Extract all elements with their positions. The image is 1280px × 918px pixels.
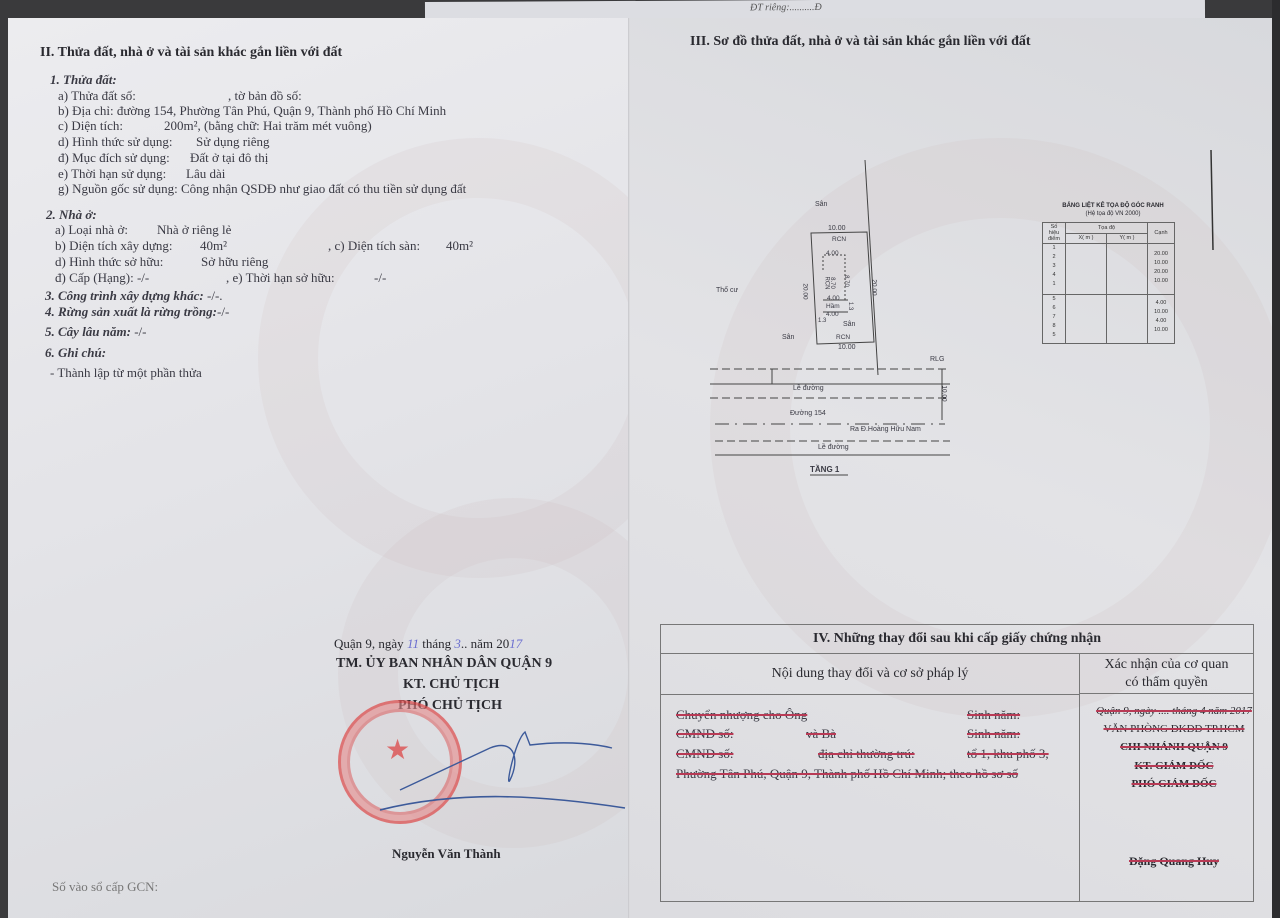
land-parcel-label: a) Thửa đất số: <box>58 88 136 104</box>
change-line-1b: Sinh năm: <box>967 707 1020 723</box>
house-ownership-value: Sở hữu riêng <box>201 254 268 270</box>
point: 2 <box>1045 253 1063 262</box>
label-floor: TẦNG 1 <box>810 465 839 474</box>
dim-left: 20.00 <box>802 283 809 299</box>
house-build-area-label: b) Diện tích xây dựng: <box>55 238 173 254</box>
dim-inner-mid: 4.00 <box>827 295 840 302</box>
dim-inner-left: 8.70 <box>829 277 835 289</box>
coord-header-coords: Tọa độ <box>1066 223 1148 234</box>
item-5-label: 5. Cây lâu năm: <box>45 324 131 339</box>
land-map-label: , tờ bản đồ số: <box>228 88 302 104</box>
sign-month: 3 <box>454 636 461 651</box>
land-term-label: e) Thời hạn sử dụng: <box>58 166 166 182</box>
dim-road: 10.00 <box>941 385 948 401</box>
changes-col-confirm: Xác nhận của cơ quan có thẩm quyền <box>1079 654 1253 694</box>
group2-y <box>1107 295 1148 344</box>
label-ham: Hầm <box>826 303 840 310</box>
dim-right: 20.00 <box>871 279 878 295</box>
confirm-kt: KT. GIÁM ĐỐC <box>1078 760 1270 772</box>
group1-y <box>1107 244 1148 295</box>
edge: 10.00 <box>1150 326 1172 335</box>
coord-header-edge: Cạnh <box>1148 223 1175 244</box>
sign-date: Quận 9, ngày 11 tháng 3.. năm 2017 <box>334 636 522 652</box>
point: 6 <box>1045 304 1063 313</box>
coord-table: Số hiệu điểm Tọa độ Cạnh X( m ) Y( m ) 1… <box>1042 222 1175 344</box>
sign-year-label: năm 20 <box>471 636 510 651</box>
house-type-label: a) Loại nhà ở: <box>55 222 128 238</box>
house-build-area-value: 40m² <box>200 238 227 254</box>
label-tho-cu: Thổ cư <box>716 287 738 294</box>
sign-date-prefix: Quận 9, ngày <box>334 636 404 651</box>
land-purpose-value: Đất ở tại đô thị <box>190 150 268 166</box>
changes-title: IV. Những thay đổi sau khi cấp giấy chứn… <box>661 625 1253 654</box>
item-4-label: 4. Rừng sản xuất là rừng trồng: <box>45 304 217 319</box>
sign-org: TM. ỦY BAN NHÂN DÂN QUẬN 9 <box>336 656 552 672</box>
land-use-form-value: Sử dụng riêng <box>196 134 270 150</box>
back-sheet-text: ĐT riêng:..........Đ <box>750 2 822 13</box>
change-line-1a: Chuyển nhượng cho Ông <box>676 707 807 723</box>
point: 8 <box>1045 322 1063 331</box>
label-rcn-top: RCN <box>832 236 846 243</box>
dim-side-small-left: 1.3 <box>818 318 826 324</box>
item-4: 4. Rừng sản xuất là rừng trồng:-/- <box>45 304 229 320</box>
confirm-date: Quận 9, ngày .... tháng 4 năm 2017 <box>1078 705 1270 717</box>
point: 1 <box>1045 244 1063 253</box>
dim-inner-bottom: 4.00 <box>826 311 839 318</box>
label-road: Đường 154 <box>790 410 826 417</box>
coord-table-subtitle: (Hệ tọa độ VN 2000) <box>1038 211 1188 217</box>
change-line-3b: tổ 1, khu phố 3, <box>967 746 1049 762</box>
point: 5 <box>1045 331 1063 340</box>
coord-table-title: BẢNG LIỆT KÊ TỌA ĐỘ GÓC RANH <box>1038 203 1188 209</box>
label-san-left: Sân <box>782 334 794 341</box>
label-rlg: RLG <box>930 356 944 363</box>
dim-inner-top: 4.00 <box>826 250 839 257</box>
edge: 4.00 <box>1150 317 1172 326</box>
handwritten-signature <box>340 720 630 820</box>
changes-col-confirm-line1: Xác nhận của cơ quan <box>1080 656 1253 674</box>
item-6-label: 6. Ghi chú: <box>45 345 106 360</box>
section-ii-title: II. Thửa đất, nhà ở và tài sản khác gắn … <box>40 45 342 61</box>
house-grade: đ) Cấp (Hạng): -/- <box>55 270 149 286</box>
point: 1 <box>1045 280 1063 289</box>
edge: 10.00 <box>1150 308 1172 317</box>
house-heading: 2. Nhà ở: <box>46 207 97 223</box>
sign-month-label: tháng <box>422 636 451 651</box>
group2-edges: 4.00 10.00 4.00 10.00 <box>1148 295 1175 344</box>
label-le-duong-top: Lề đường <box>793 385 824 392</box>
label-direction: Ra Đ.Hoàng Hữu Nam <box>850 426 921 433</box>
group2-x <box>1066 295 1107 344</box>
sign-year: 17 <box>509 636 522 651</box>
change-line-3m: địa chỉ thường trú: <box>818 746 915 762</box>
item-3-value: -/-. <box>207 288 223 303</box>
item-3-label: 3. Công trình xây dựng khác: <box>45 288 204 303</box>
label-le-duong-bottom: Lề đường <box>818 444 849 451</box>
group2-points: 5 6 7 8 5 <box>1043 295 1066 344</box>
group1-edges: 20.00 10.00 20.00 10.00 <box>1148 244 1175 295</box>
item-3: 3. Công trình xây dựng khác: -/-. <box>45 288 223 304</box>
register-label: Số vào sổ cấp GCN: <box>52 879 158 895</box>
sign-kt: KT. CHỦ TỊCH <box>403 677 499 693</box>
label-rcn-bottom: RCN <box>836 334 850 341</box>
group1-points: 1 2 3 4 1 <box>1043 244 1066 295</box>
sign-day: 11 <box>407 636 419 651</box>
land-area-value: 200m², (bằng chữ: Hai trăm mét vuông) <box>164 118 372 134</box>
point: 3 <box>1045 262 1063 271</box>
dim-inner-right: 8.70 <box>843 275 849 287</box>
change-line-2b: Sinh năm: <box>967 726 1020 742</box>
confirm-branch: CHI NHÁNH QUẬN 9 <box>1078 741 1270 753</box>
label-san-inner: Sân <box>843 321 855 328</box>
house-term-label: , e) Thời hạn sở hữu: <box>226 270 335 286</box>
house-term-value: -/- <box>374 270 386 286</box>
dim-top: 10.00 <box>828 225 846 232</box>
land-term-value: Lâu dài <box>186 166 225 182</box>
point: 4 <box>1045 271 1063 280</box>
confirm-role: PHÓ GIÁM ĐỐC <box>1078 778 1270 790</box>
change-line-2m: và Bà <box>806 726 836 742</box>
house-ownership-label: d) Hình thức sở hữu: <box>55 254 163 270</box>
edge: 10.00 <box>1150 259 1172 268</box>
coord-header-point: Số hiệu điểm <box>1043 223 1066 244</box>
change-line-3a: CMND số: <box>676 746 733 762</box>
point: 7 <box>1045 313 1063 322</box>
item-6: 6. Ghi chú: <box>45 345 106 361</box>
house-type-value: Nhà ở riêng lẻ <box>157 222 231 238</box>
label-san-top: Sân <box>815 201 827 208</box>
land-area-label: c) Diện tích: <box>58 118 123 134</box>
confirm-office: VĂN PHÒNG ĐKĐĐ TP.HCM <box>1078 723 1270 735</box>
item-4-value: -/- <box>217 304 229 319</box>
change-line-2a: CMND số: <box>676 726 733 742</box>
house-floor-area-label: , c) Diện tích sàn: <box>328 238 420 254</box>
point: 5 <box>1045 295 1063 304</box>
land-purpose-label: đ) Mục đích sử dụng: <box>58 150 170 166</box>
confirm-name: Đặng Quang Huy <box>1078 854 1270 869</box>
changes-col-content: Nội dung thay đổi và cơ sở pháp lý <box>661 654 1079 695</box>
item-5-value: -/- <box>134 324 146 339</box>
background-edge <box>1272 0 1280 918</box>
house-floor-area-value: 40m² <box>446 238 473 254</box>
land-heading: 1. Thửa đất: <box>50 72 117 88</box>
changes-col-confirm-line2: có thẩm quyền <box>1080 674 1253 692</box>
group1-x <box>1066 244 1107 295</box>
edge: 10.00 <box>1150 277 1172 286</box>
coord-header-x: X( m ) <box>1066 233 1107 244</box>
coord-header-y: Y( m ) <box>1107 233 1148 244</box>
item-5: 5. Cây lâu năm: -/- <box>45 324 147 340</box>
edge: 20.00 <box>1150 250 1172 259</box>
land-origin: g) Nguồn gốc sử dụng: Công nhận QSDĐ như… <box>58 181 466 197</box>
section-iii-title: III. Sơ đồ thửa đất, nhà ở và tài sản kh… <box>690 34 1031 50</box>
change-line-4: Phường Tân Phú, Quận 9, Thành phố Hồ Chí… <box>676 766 1018 782</box>
note-text: - Thành lập từ một phần thửa <box>50 365 202 381</box>
dim-side-small-right: 1.3 <box>847 302 853 310</box>
signer-name: Nguyễn Văn Thành <box>392 846 501 862</box>
land-use-form-label: d) Hình thức sử dụng: <box>58 134 172 150</box>
edge: 4.00 <box>1150 299 1172 308</box>
dim-bottom: 10.00 <box>838 344 856 351</box>
land-address: b) Địa chỉ: đường 154, Phường Tân Phú, Q… <box>58 103 446 119</box>
edge: 20.00 <box>1150 268 1172 277</box>
